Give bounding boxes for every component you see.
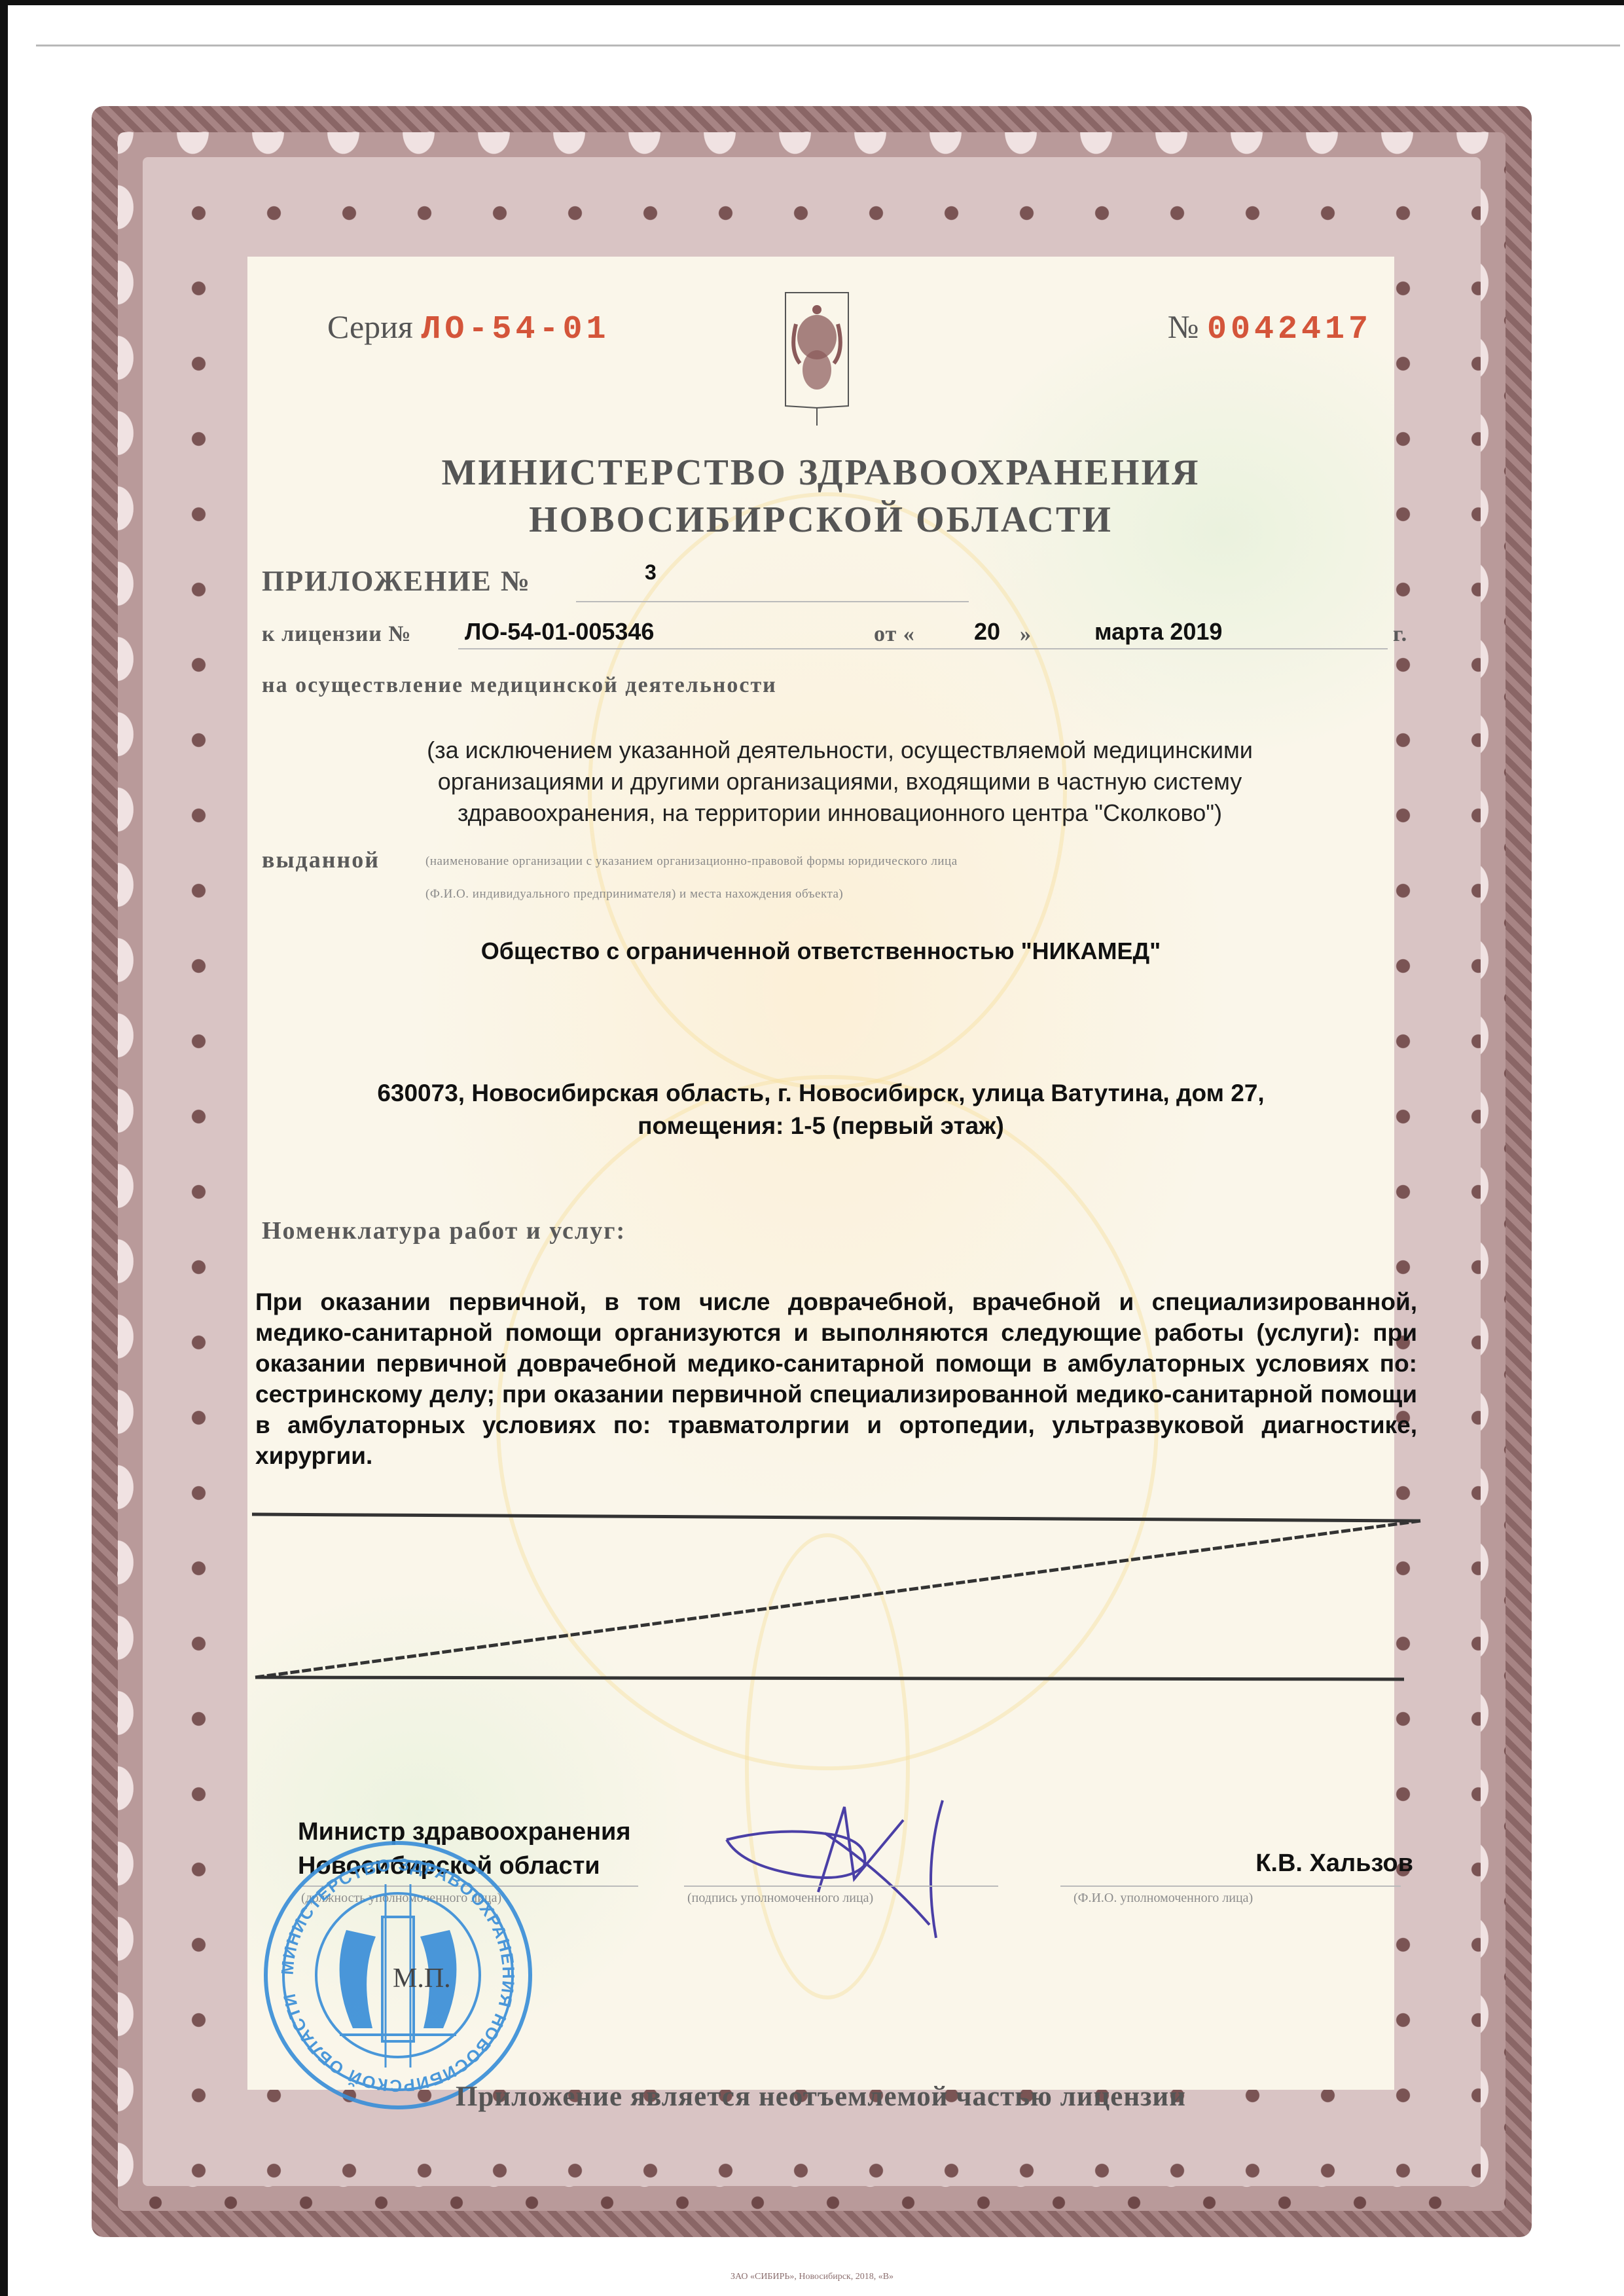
appendix-underline [576,601,969,602]
position-line-1: Министр здравоохранения [298,1815,631,1849]
address-line-1: 630073, Новосибирская область, г. Новоси… [313,1077,1329,1110]
blank-strike-lines [249,1499,1427,1696]
scan-edge [0,0,1624,5]
license-number-value: ЛО-54-01-005346 [465,618,654,646]
year-suffix: г. [1393,622,1407,647]
date-prefix: от « [874,622,915,647]
activity-label: на осуществление медицинской деятельност… [262,673,777,698]
signature-caption: (подпись уполномоченного лица) [687,1891,873,1906]
footer-note: Приложение является неотъемлемой частью … [247,2081,1394,2113]
series-label: Серия [327,308,413,345]
signature-underline [684,1886,998,1887]
license-month-year: марта 2019 [1094,618,1222,646]
appendix-number: 3 [645,560,657,585]
nomenclature-text: При оказании первичной, в том числе довр… [255,1286,1417,1471]
handwritten-signature-icon [713,1794,1015,1944]
printer-mark: ЗАО «СИБИРЬ», Новосибирск, 2018, «В» [0,2272,1624,2282]
activity-exclusion: (за исключением указанной деятельности, … [359,735,1321,829]
nomenclature-label: Номенклатура работ и услуг: [262,1216,626,1245]
date-mid: » [1020,622,1032,647]
series-value: ЛО-54-01 [421,311,609,348]
scan-edge [0,0,8,2296]
issued-to-caption-2: (Ф.И.О. индивидуального предпринимателя)… [425,887,843,902]
organization-name: Общество с ограниченной ответственностью… [247,938,1394,965]
license-label: к лицензии № [262,622,412,647]
organization-address: 630073, Новосибирская область, г. Новоси… [313,1077,1329,1142]
name-underline [1060,1886,1401,1887]
address-line-2: помещения: 1-5 (первый этаж) [313,1110,1329,1142]
issued-to-caption-1: (наименование организации с указанием ор… [425,854,958,869]
license-day: 20 [974,618,1000,646]
license-underline [458,648,1388,649]
series: Серия ЛО-54-01 [327,308,609,348]
signatory-name: К.В. Хальзов [1255,1850,1413,1878]
license-number: № 0042417 [1168,308,1372,348]
number-label: № [1168,308,1199,345]
issuer-title-line2: НОВОСИБИРСКОЙ ОБЛАСТИ [247,499,1394,541]
scan-rule [36,45,1620,46]
issuer-title-line1: МИНИСТЕРСТВО ЗДРАВООХРАНЕНИЯ [247,452,1394,494]
stamp-place-label: М.П. [393,1963,451,1994]
issued-to-label: выданной [262,846,380,873]
appendix-label: ПРИЛОЖЕНИЕ № [262,564,531,598]
number-value: 0042417 [1207,311,1372,348]
name-caption: (Ф.И.О. уполномоченного лица) [1074,1891,1253,1906]
russian-coat-of-arms-icon [784,291,850,426]
